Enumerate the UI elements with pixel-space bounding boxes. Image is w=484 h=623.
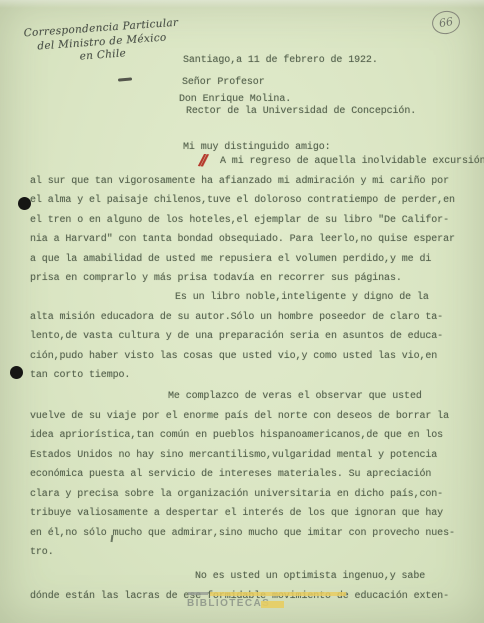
letterhead: Correspondencia Particular del Ministro … xyxy=(11,16,193,69)
letter-scan-page: Correspondencia Particular del Ministro … xyxy=(0,0,484,623)
paragraph-1: A mi regreso de aquella inolvidable excu… xyxy=(30,152,480,289)
watermark-accent-block xyxy=(261,601,284,608)
page-number-annotation: 66 xyxy=(430,9,462,37)
pencil-dash-mark xyxy=(118,77,132,81)
date-line: Santiago,a 11 de febrero de 1922. xyxy=(183,51,378,71)
hole-punch-top xyxy=(18,197,31,210)
watermark-yellow-bar xyxy=(210,592,346,596)
watermark-gray-bar xyxy=(188,592,208,595)
recipient-role: Rector de la Universidad de Concepción. xyxy=(186,102,416,122)
paragraph-2: Es un libro noble,inteligente y digno de… xyxy=(30,288,480,386)
hole-punch-bottom xyxy=(10,366,23,379)
paragraph-3: Me complazco de veras el observar que us… xyxy=(30,387,480,563)
watermark-text: BIBLIOTECAS xyxy=(187,598,270,609)
